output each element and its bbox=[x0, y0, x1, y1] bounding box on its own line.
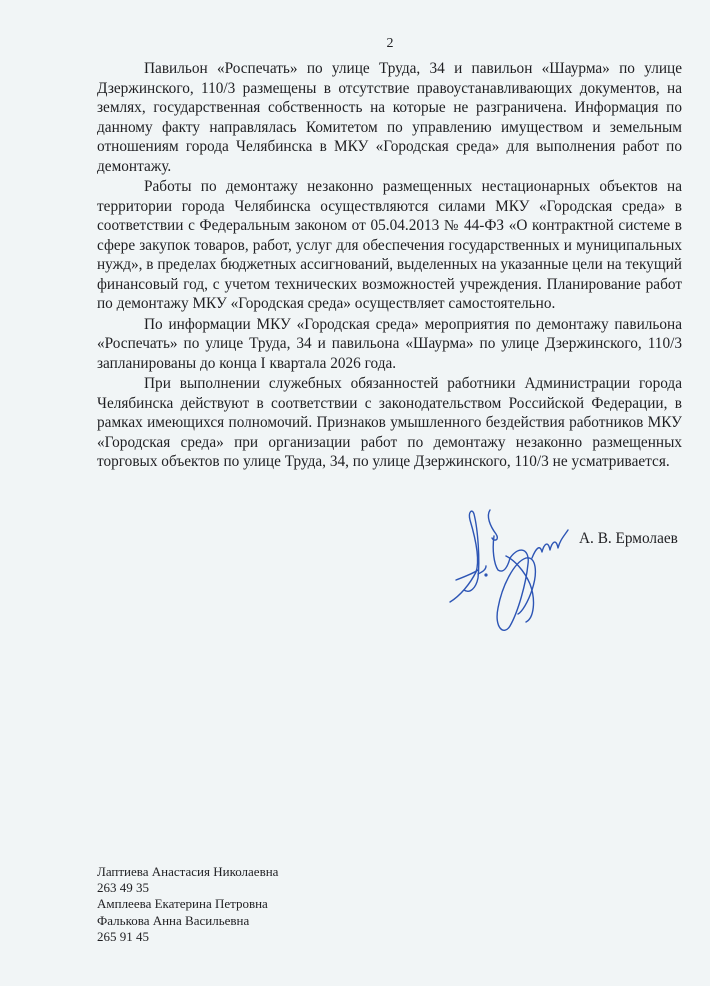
executors-contacts: Лаптиева Анастасия Николаевна 263 49 35 … bbox=[97, 864, 278, 945]
letter-body: Павильон «Роспечать» по улице Труда, 34 … bbox=[97, 59, 682, 472]
executor-name: Амплеева Екатерина Петровна bbox=[97, 896, 278, 912]
page-number: 2 bbox=[0, 36, 710, 52]
signer-name: А. В. Ермолаев bbox=[579, 530, 678, 548]
paragraph-demolition-schedule: По информации МКУ «Городская среда» меро… bbox=[97, 315, 682, 374]
executor-phone: 263 49 35 bbox=[97, 880, 278, 896]
paragraph-demolition-works: Работы по демонтажу незаконно размещенны… bbox=[97, 177, 682, 314]
executor-name: Фалькова Анна Васильевна bbox=[97, 913, 278, 929]
executor-name: Лаптиева Анастасия Николаевна bbox=[97, 864, 278, 880]
paragraph-pavilions-status: Павильон «Роспечать» по улице Труда, 34 … bbox=[97, 59, 682, 176]
signature-block: А. В. Ермолаев bbox=[448, 500, 708, 640]
handwritten-signature-icon bbox=[448, 500, 588, 640]
executor-phone: 265 91 45 bbox=[97, 929, 278, 945]
paragraph-conclusion: При выполнении служебных обязанностей ра… bbox=[97, 374, 682, 472]
